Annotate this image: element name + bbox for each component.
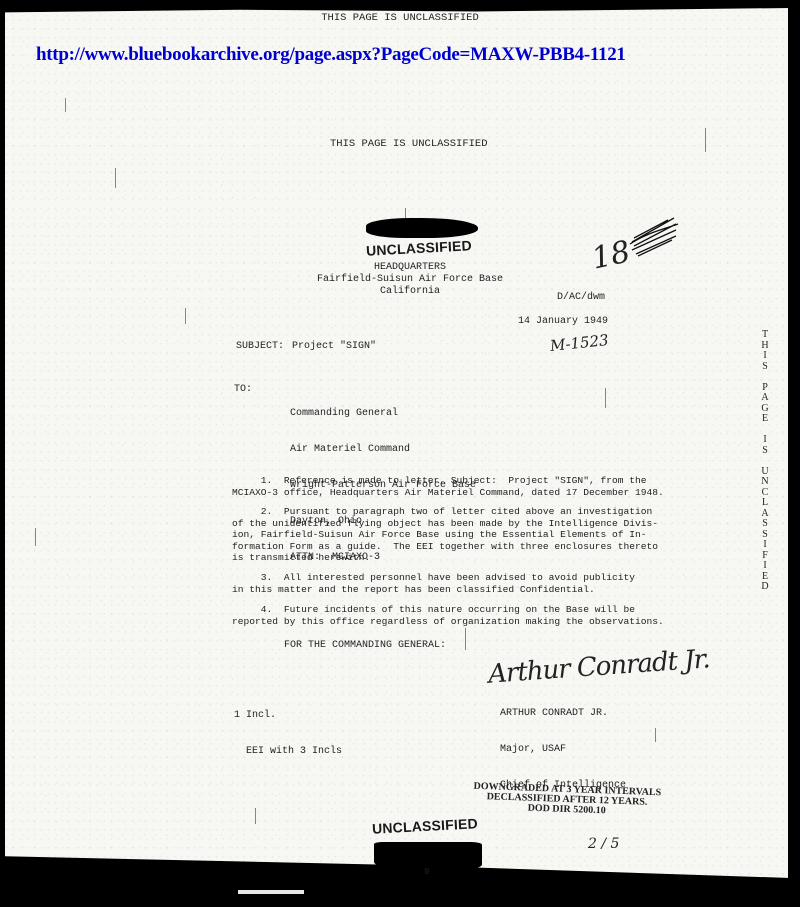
paragraph-4: 4. Future incidents of this nature occur…	[232, 604, 664, 627]
closing-line: FOR THE COMMANDING GENERAL:	[284, 640, 446, 652]
addressee-line: Air Materiel Command	[290, 444, 476, 456]
scan-artifact	[255, 808, 256, 824]
scan-artifact	[465, 628, 466, 650]
scan-artifact	[238, 890, 304, 894]
redaction-bar	[366, 218, 478, 238]
paragraph-1: 1. Reference is made to letter, Subject:…	[232, 475, 664, 498]
top-classification-banner: THIS PAGE IS UNCLASSIFIED	[0, 12, 800, 24]
subject-label: SUBJECT:	[236, 341, 284, 353]
vertical-classification-text: T H I S P A G E I S U N C L A S S I F I …	[758, 330, 772, 593]
scan-border	[788, 0, 800, 907]
scan-artifact	[185, 308, 186, 324]
reference-code: D/AC/dwm	[557, 292, 605, 304]
paragraph-3: 3. All interested personnel have been ad…	[232, 572, 635, 595]
letterhead-line-2: Fairfield-Suisun Air Force Base	[310, 274, 510, 286]
scan-artifact	[35, 528, 36, 546]
letterhead-line-3: California	[310, 286, 510, 298]
subject-value: Project "SIGN"	[292, 341, 376, 353]
letterhead: HEADQUARTERS Fairfield-Suisun Air Force …	[310, 262, 510, 298]
scan-artifact	[115, 168, 116, 188]
scan-artifact	[605, 388, 606, 408]
handwritten-footer-number: 2 / 5	[588, 836, 619, 852]
footer-page-mark: 9	[424, 866, 429, 878]
enclosure-line: EEI with 3 Incls	[234, 746, 342, 758]
scan-artifact	[655, 728, 656, 742]
classification-banner: THIS PAGE IS UNCLASSIFIED	[330, 138, 488, 150]
enclosures: 1 Incl. EEI with 3 Incls	[234, 686, 342, 770]
addressee-line: Commanding General	[290, 408, 476, 420]
to-label: TO:	[234, 384, 252, 396]
scan-artifact	[705, 128, 706, 152]
scan-artifact	[65, 98, 66, 112]
signer-rank: Major, USAF	[500, 744, 626, 756]
scribble-mark-icon	[628, 212, 680, 262]
letter-date: 14 January 1949	[518, 316, 608, 328]
signer-name: ARTHUR CONRADT JR.	[500, 708, 626, 720]
enclosure-line: 1 Incl.	[234, 710, 342, 722]
archive-url-link[interactable]: http://www.bluebookarchive.org/page.aspx…	[36, 44, 626, 66]
letterhead-line-1: HEADQUARTERS	[310, 262, 510, 274]
paragraph-2: 2. Pursuant to paragraph two of letter c…	[232, 506, 658, 564]
